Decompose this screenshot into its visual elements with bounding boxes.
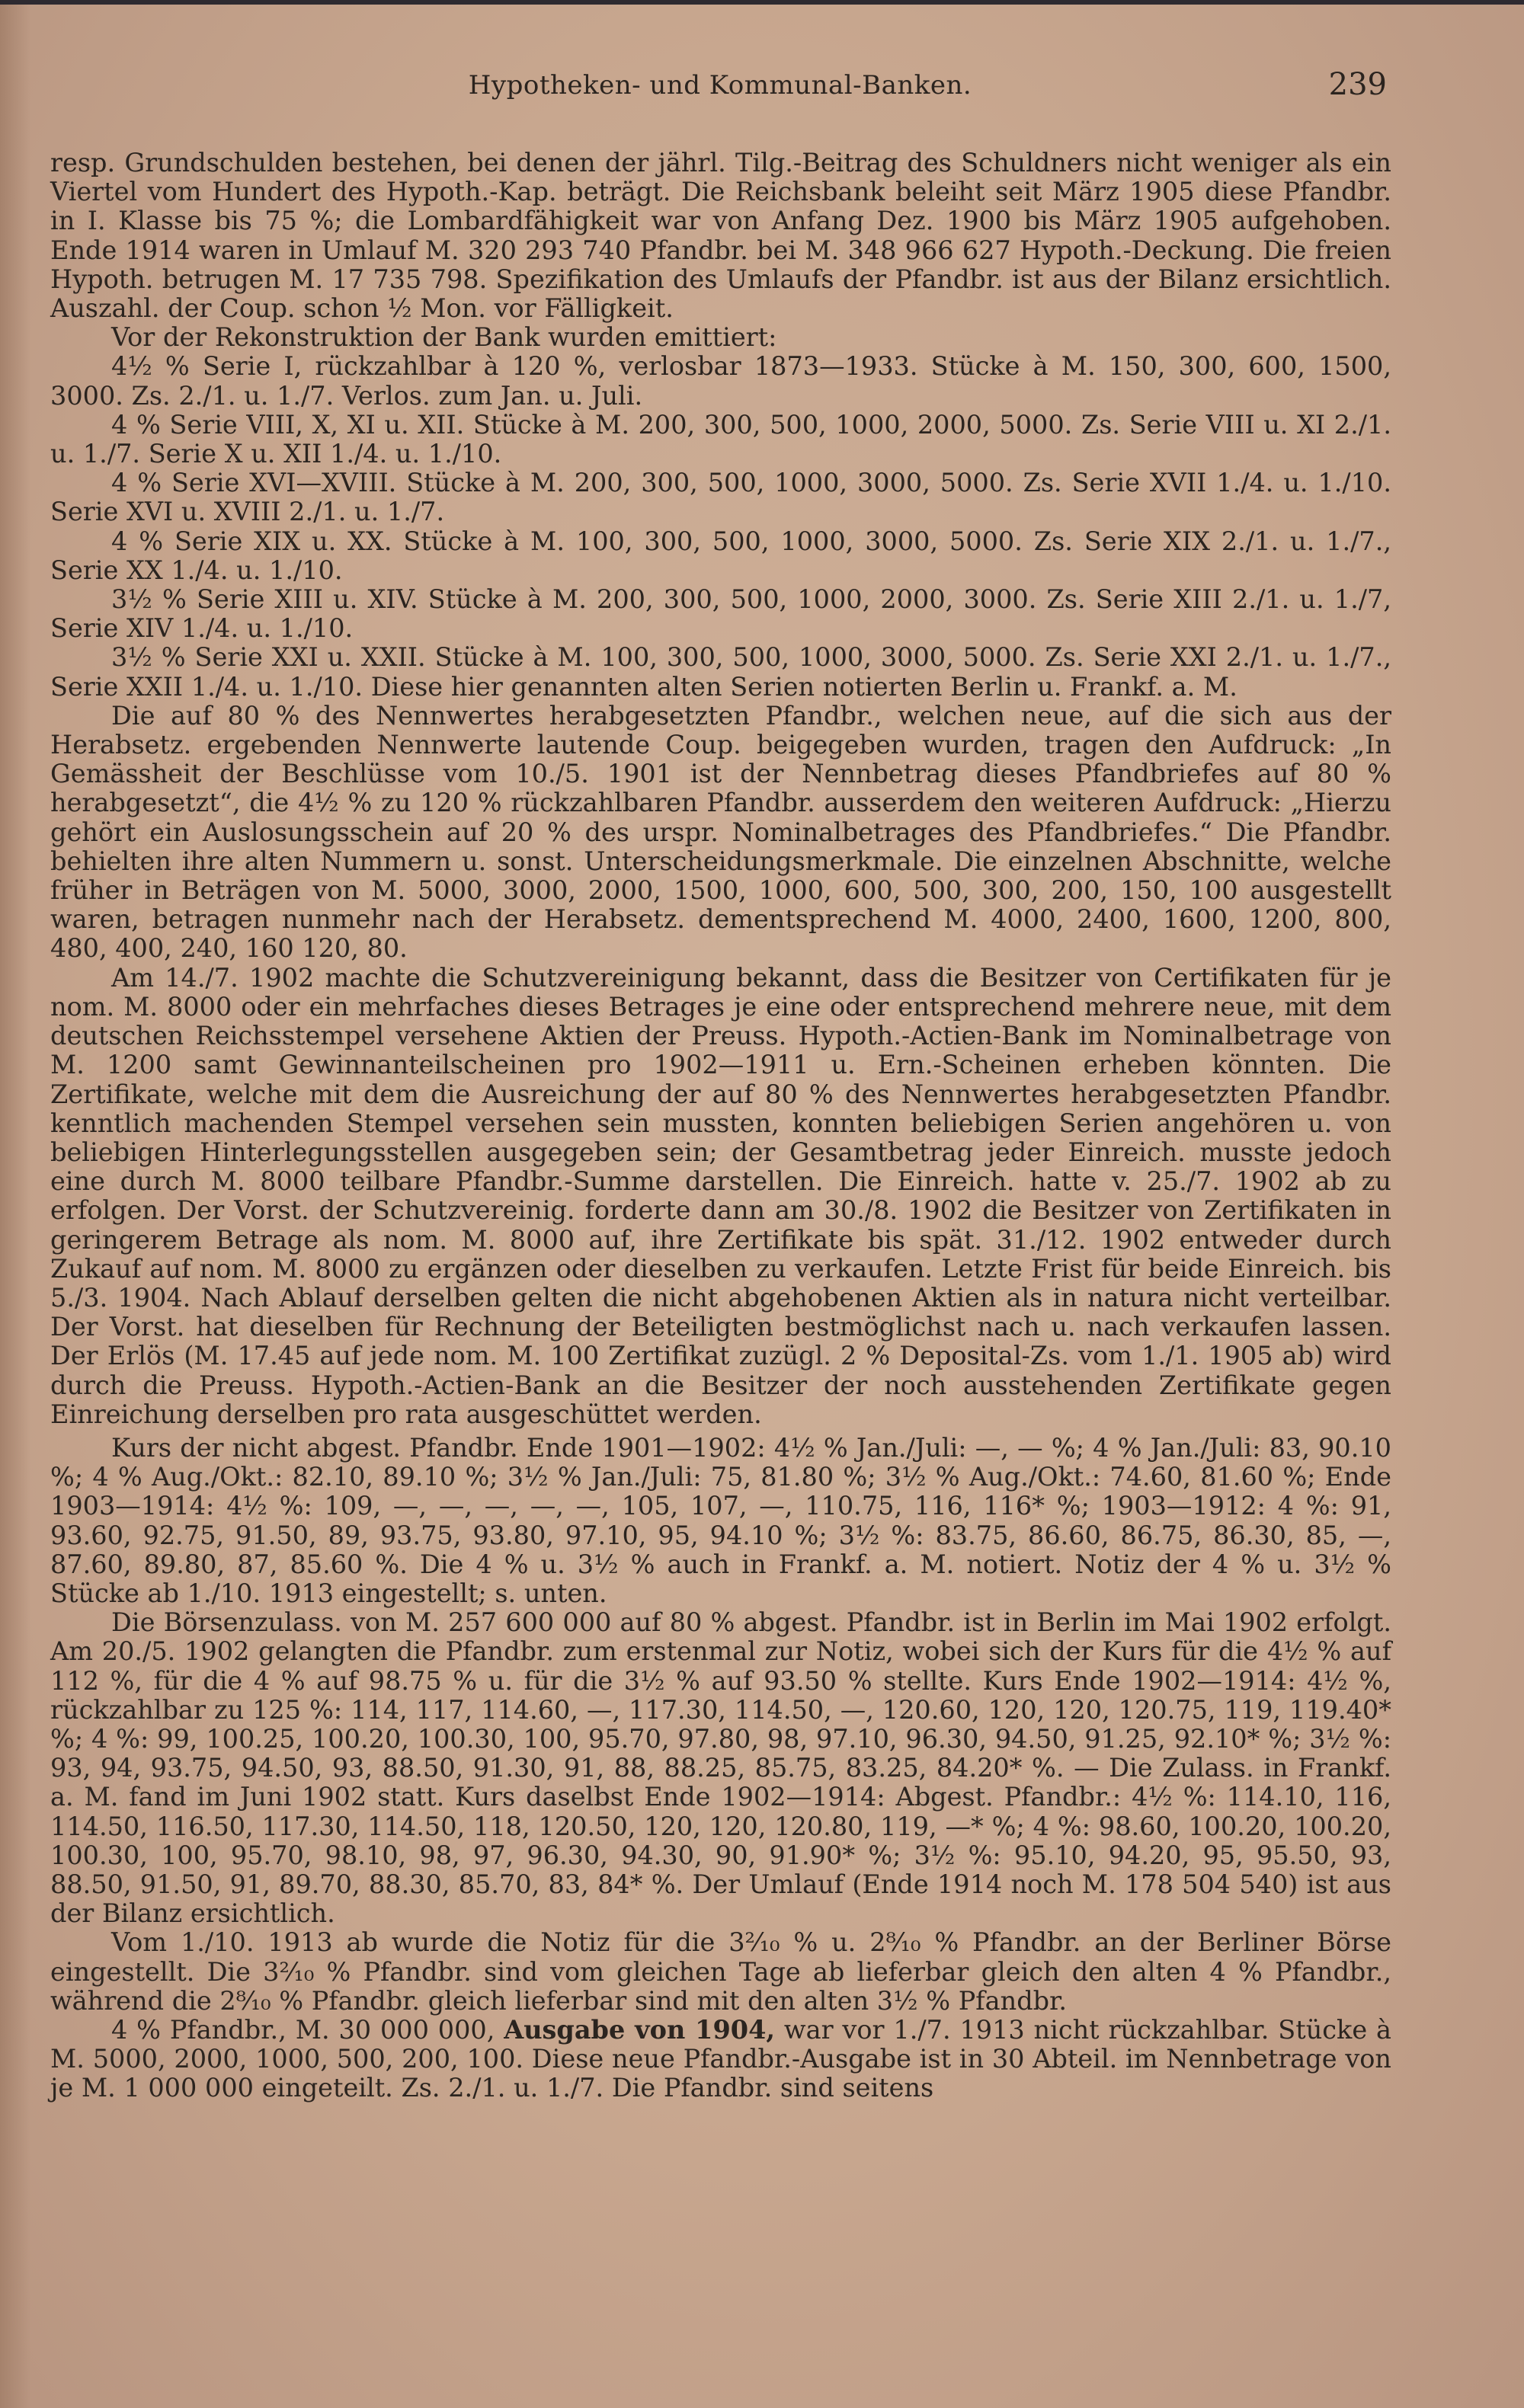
paragraph-emissions-heading: Vor der Rekonstruktion der Bank wurden e…: [50, 323, 1391, 352]
paragraph-serie-xix-xx: 4 % Serie XIX u. XX. Stücke à M. 100, 30…: [50, 527, 1391, 585]
paragraph-herabsetzung: Die auf 80 % des Nennwertes herabgesetzt…: [50, 702, 1391, 964]
paragraph-intro: resp. Grundschulden bestehen, bei denen …: [50, 149, 1391, 323]
ausgabe-text-before: 4 % Pfandbr., M. 30 000 000,: [111, 2015, 504, 2045]
paragraph-serie-xxi-xxii: 3½ % Serie XXI u. XXII. Stücke à M. 100,…: [50, 643, 1391, 701]
paragraph-serie-xiii-xiv: 3½ % Serie XIII u. XIV. Stücke à M. 200,…: [50, 585, 1391, 643]
page-number: 239: [1329, 67, 1387, 102]
body-text: resp. Grundschulden bestehen, bei denen …: [50, 149, 1391, 2103]
paragraph-serie-viii-xii: 4 % Serie VIII, X, XI u. XII. Stücke à M…: [50, 411, 1391, 468]
paragraph-serie-xvi-xviii: 4 % Serie XVI—XVIII. Stücke à M. 200, 30…: [50, 468, 1391, 526]
running-head: Hypotheken- und Kommunal-Banken. 239: [53, 70, 1387, 108]
paragraph-ausgabe-1904: 4 % Pfandbr., M. 30 000 000, Ausgabe von…: [50, 2016, 1391, 2103]
scan-edge: [0, 0, 1524, 5]
scanned-book-page: Hypotheken- und Kommunal-Banken. 239 res…: [0, 0, 1524, 2408]
paragraph-kurs-nicht-abgest: Kurs der nicht abgest. Pfandbr. Ende 190…: [50, 1434, 1391, 1608]
paragraph-boersenzulassung: Die Börsenzulass. von M. 257 600 000 auf…: [50, 1608, 1391, 1928]
ausgabe-bold-phrase: Ausgabe von 1904,: [504, 2015, 775, 2045]
paragraph-schutzvereinigung: Am 14./7. 1902 machte die Schutzvereinig…: [50, 964, 1391, 1429]
paragraph-serie-i: 4½ % Serie I, rückzahlbar à 120 %, verlo…: [50, 352, 1391, 410]
paragraph-notiz-eingestellt: Vom 1./10. 1913 ab wurde die Notiz für d…: [50, 1928, 1391, 2016]
running-title: Hypotheken- und Kommunal-Banken.: [53, 70, 1387, 101]
